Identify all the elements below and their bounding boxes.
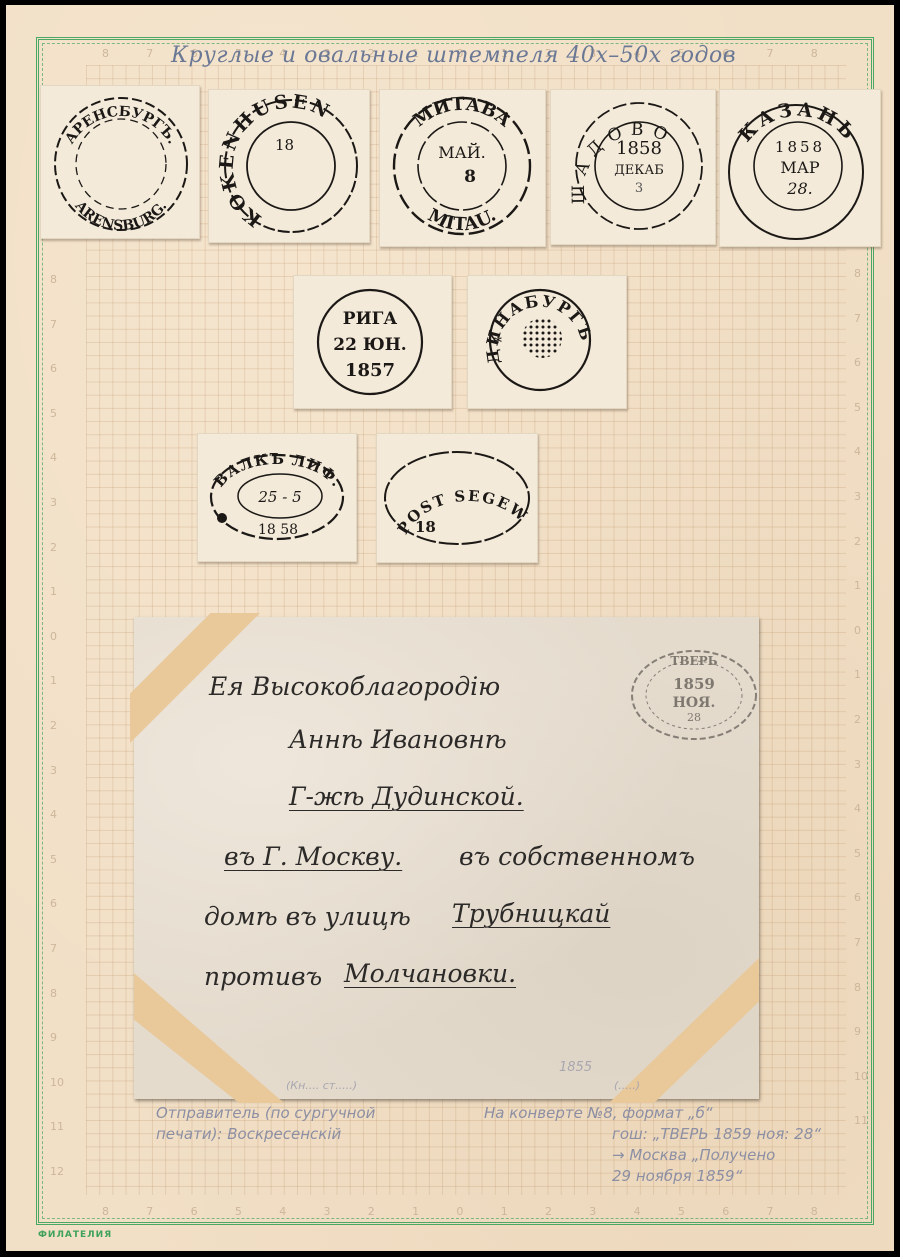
postmark-day: 28 bbox=[687, 711, 701, 724]
ruler-number: 11 bbox=[50, 1120, 64, 1133]
postmark-year: 1859 bbox=[673, 675, 715, 693]
ruler-number: 7 bbox=[146, 47, 153, 60]
address-line: Г-жѣ Дудинской. bbox=[289, 782, 524, 811]
svg-text:KOKENHUSEN: KOKENHUSEN bbox=[216, 91, 336, 231]
stamp-text: 25 - 5 bbox=[257, 488, 301, 506]
stamp-card-mitava: МИТАВА MITAU. МАЙ. 8 bbox=[379, 89, 546, 247]
ruler-number: 8 bbox=[102, 47, 109, 60]
ruler-number: 4 bbox=[50, 451, 57, 464]
stamp-text: 18 bbox=[275, 136, 294, 154]
svg-text:MITAU.: MITAU. bbox=[424, 205, 500, 236]
ruler-number: 2 bbox=[368, 1205, 375, 1218]
ruler-number: 12 bbox=[50, 1165, 64, 1178]
stamp-text: 18 58 bbox=[258, 522, 298, 538]
ruler-number: 1 bbox=[50, 585, 57, 598]
ruler-number: 5 bbox=[678, 1205, 685, 1218]
note-line: → Москва „Получено bbox=[484, 1145, 821, 1166]
ruler-number: 6 bbox=[191, 1205, 198, 1218]
ruler-number: 6 bbox=[50, 897, 57, 910]
ruler-number: 4 bbox=[854, 445, 861, 458]
ruler-number: 2 bbox=[854, 535, 861, 548]
stamp-text: 3 bbox=[635, 181, 643, 196]
ruler-number: 4 bbox=[279, 1205, 286, 1218]
ruler-number: 0 bbox=[854, 624, 861, 637]
note-line: гош: „ТВЕРЬ 1859 ноя: 28“ bbox=[484, 1124, 821, 1145]
postmark-month: НОЯ. bbox=[673, 695, 716, 711]
cover-envelope: ТВЕРЬ 1859 НОЯ. 28 Ея Высокоблагородію А… bbox=[134, 617, 759, 1099]
ruler-number: 1 bbox=[854, 579, 861, 592]
ruler-number: 0 bbox=[456, 1205, 463, 1218]
stamp-text: МАЙ. bbox=[438, 142, 486, 162]
ruler-number: 6 bbox=[50, 362, 57, 375]
address-line: домѣ въ улицѣ bbox=[204, 902, 411, 931]
ruler-number: 3 bbox=[589, 1205, 596, 1218]
postmark-town: ТВЕРЬ bbox=[670, 654, 717, 668]
stamp-text: 28. bbox=[786, 179, 812, 198]
stamp-text: МАР bbox=[780, 158, 820, 177]
ruler-number: 6 bbox=[854, 891, 861, 904]
ruler-number: 1 bbox=[50, 674, 57, 687]
ruler-number: 7 bbox=[854, 936, 861, 949]
stamp-text: 1858 bbox=[775, 138, 825, 156]
note-line: Отправитель (по сургучной bbox=[156, 1103, 375, 1124]
ruler-number: 7 bbox=[50, 318, 57, 331]
stamp-card-dinaburg: ДИНАБУРГЪ * bbox=[467, 275, 627, 409]
stamp-text: 18 bbox=[415, 518, 436, 536]
note-line: На конверте №8, формат „б“ bbox=[484, 1103, 821, 1124]
stamp-text: 1858 bbox=[616, 138, 662, 159]
ruler-number: 3 bbox=[324, 1205, 331, 1218]
address-line: Молчановки. bbox=[344, 959, 516, 988]
stamp-text: 8 bbox=[464, 167, 476, 187]
ruler-number: 8 bbox=[811, 1205, 818, 1218]
stamp-card-segewold: POST SEGEWOLD 18 bbox=[376, 433, 538, 563]
ruler-number: 5 bbox=[235, 1205, 242, 1218]
stamp-card-kazan: КАЗАНЬ 1858 МАР 28. bbox=[719, 89, 881, 247]
ruler-number: 7 bbox=[767, 1205, 774, 1218]
photo-corner-bottom-left bbox=[134, 973, 284, 1103]
ruler-number: 1 bbox=[854, 668, 861, 681]
ruler-number: 5 bbox=[50, 407, 57, 420]
ruler-number: 5 bbox=[854, 847, 861, 860]
ruler-number: 4 bbox=[50, 808, 57, 821]
stamp-text: ДЕКАБ bbox=[614, 163, 664, 178]
ruler-number: 8 bbox=[854, 981, 861, 994]
ruler-number: 2 bbox=[50, 541, 57, 554]
stamp-card-arensburg: АРЕНСБУРГЪ. ARENSBURG. bbox=[40, 85, 200, 239]
svg-text:ARENSBURG.: ARENSBURG. bbox=[71, 197, 170, 234]
svg-text:*: * bbox=[494, 333, 502, 352]
ruler-number: 11 bbox=[854, 1114, 868, 1127]
ruler-number: 2 bbox=[545, 1205, 552, 1218]
stamp-card-riga: РИГА 22 ЮН. 1857 bbox=[293, 275, 452, 409]
ruler-number: 9 bbox=[50, 1031, 57, 1044]
stamp-text: ARENSBURG. bbox=[71, 197, 170, 234]
stamp-text: 1857 bbox=[345, 360, 395, 381]
ruler-number: 9 bbox=[854, 1025, 861, 1038]
note-line: 29 ноября 1859“ bbox=[484, 1166, 821, 1187]
stamp-text: РИГА bbox=[343, 309, 398, 329]
ruler-number: 4 bbox=[634, 1205, 641, 1218]
ruler-number: 1 bbox=[412, 1205, 419, 1218]
ruler-number: 8 bbox=[102, 1205, 109, 1218]
ruler-number: 5 bbox=[50, 853, 57, 866]
stamp-card-shadovo: ШАДОВО 1858 ДЕКАБ 3 bbox=[550, 89, 716, 245]
ruler-number: 3 bbox=[854, 758, 861, 771]
stamp-text: MITAU. bbox=[424, 205, 500, 236]
album-page: 8765432101234567887654321012345678876543… bbox=[6, 5, 894, 1251]
ruler-number: 8 bbox=[811, 47, 818, 60]
svg-text:ВАЛКЪ ЛИФ.: ВАЛКЪ ЛИФ. bbox=[210, 450, 346, 491]
ruler-number: 3 bbox=[854, 490, 861, 503]
svg-text:МИТАВА: МИТАВА bbox=[409, 94, 515, 132]
description-note: На конверте №8, формат „б“ гош: „ТВЕРЬ 1… bbox=[484, 1103, 821, 1187]
address-line: въ Г. Москву. bbox=[224, 842, 402, 871]
ruler-number: 8 bbox=[50, 987, 57, 1000]
ruler-number: 8 bbox=[854, 267, 861, 280]
stamp-card-kokenhusen: KOKENHUSEN 18 bbox=[208, 89, 370, 243]
pencil-mark: 1855 bbox=[559, 1057, 592, 1078]
ruler-number: 2 bbox=[50, 719, 57, 732]
address-line: Трубницкай bbox=[452, 899, 610, 928]
address-line: Ея Высокоблагородію bbox=[209, 672, 500, 701]
brand-label: ФИЛАТЕЛИЯ bbox=[38, 1230, 112, 1240]
ruler-number: 10 bbox=[50, 1076, 64, 1089]
ruler-number: 2 bbox=[854, 713, 861, 726]
ruler-number: 10 bbox=[854, 1070, 868, 1083]
ruler-number: 5 bbox=[854, 401, 861, 414]
ruler-number: 1 bbox=[501, 1205, 508, 1218]
ruler-number: 6 bbox=[722, 1205, 729, 1218]
ruler-number: 8 bbox=[50, 273, 57, 286]
sender-note: Отправитель (по сургучной печати): Воскр… bbox=[156, 1103, 375, 1145]
stamp-text: АРЕНСБУРГЪ. bbox=[62, 104, 180, 147]
stamp-text: ВАЛКЪ ЛИФ. bbox=[210, 450, 346, 491]
address-line: противъ bbox=[204, 962, 322, 991]
stamp-text: МИТАВА bbox=[409, 94, 515, 132]
pencil-mark: (Кн.... ст.....) bbox=[286, 1075, 357, 1096]
page-title: Круглые и овальные штемпеля 40х–50х годо… bbox=[171, 43, 736, 68]
ruler-number: 7 bbox=[854, 312, 861, 325]
address-line: въ собственномъ bbox=[459, 842, 695, 871]
ruler-number: 0 bbox=[50, 630, 57, 643]
stamp-text: KOKENHUSEN bbox=[216, 91, 336, 231]
ruler-number: 7 bbox=[767, 47, 774, 60]
note-line: печати): Воскресенскій bbox=[156, 1124, 375, 1145]
ruler-number: 3 bbox=[50, 496, 57, 509]
ruler-number: 7 bbox=[146, 1205, 153, 1218]
ruler-number: 6 bbox=[854, 356, 861, 369]
postmark-tver: ТВЕРЬ 1859 НОЯ. 28 bbox=[626, 641, 762, 749]
ruler-number: 4 bbox=[854, 802, 861, 815]
ruler-number: 7 bbox=[50, 942, 57, 955]
pencil-mark: (.....) bbox=[614, 1075, 640, 1096]
stamp-card-valk: ВАЛКЪ ЛИФ. 25 - 5 18 58 bbox=[197, 433, 357, 562]
svg-text:АРЕНСБУРГЪ.: АРЕНСБУРГЪ. bbox=[62, 104, 180, 147]
ruler-number: 3 bbox=[50, 764, 57, 777]
stamp-text: 22 ЮН. bbox=[333, 335, 406, 355]
address-line: Аннѣ Ивановнѣ bbox=[289, 725, 507, 754]
stamp-text: POST SEGEWOLD bbox=[377, 434, 532, 538]
svg-text:POST SEGEWOLD: POST SEGEWOLD bbox=[377, 434, 532, 538]
